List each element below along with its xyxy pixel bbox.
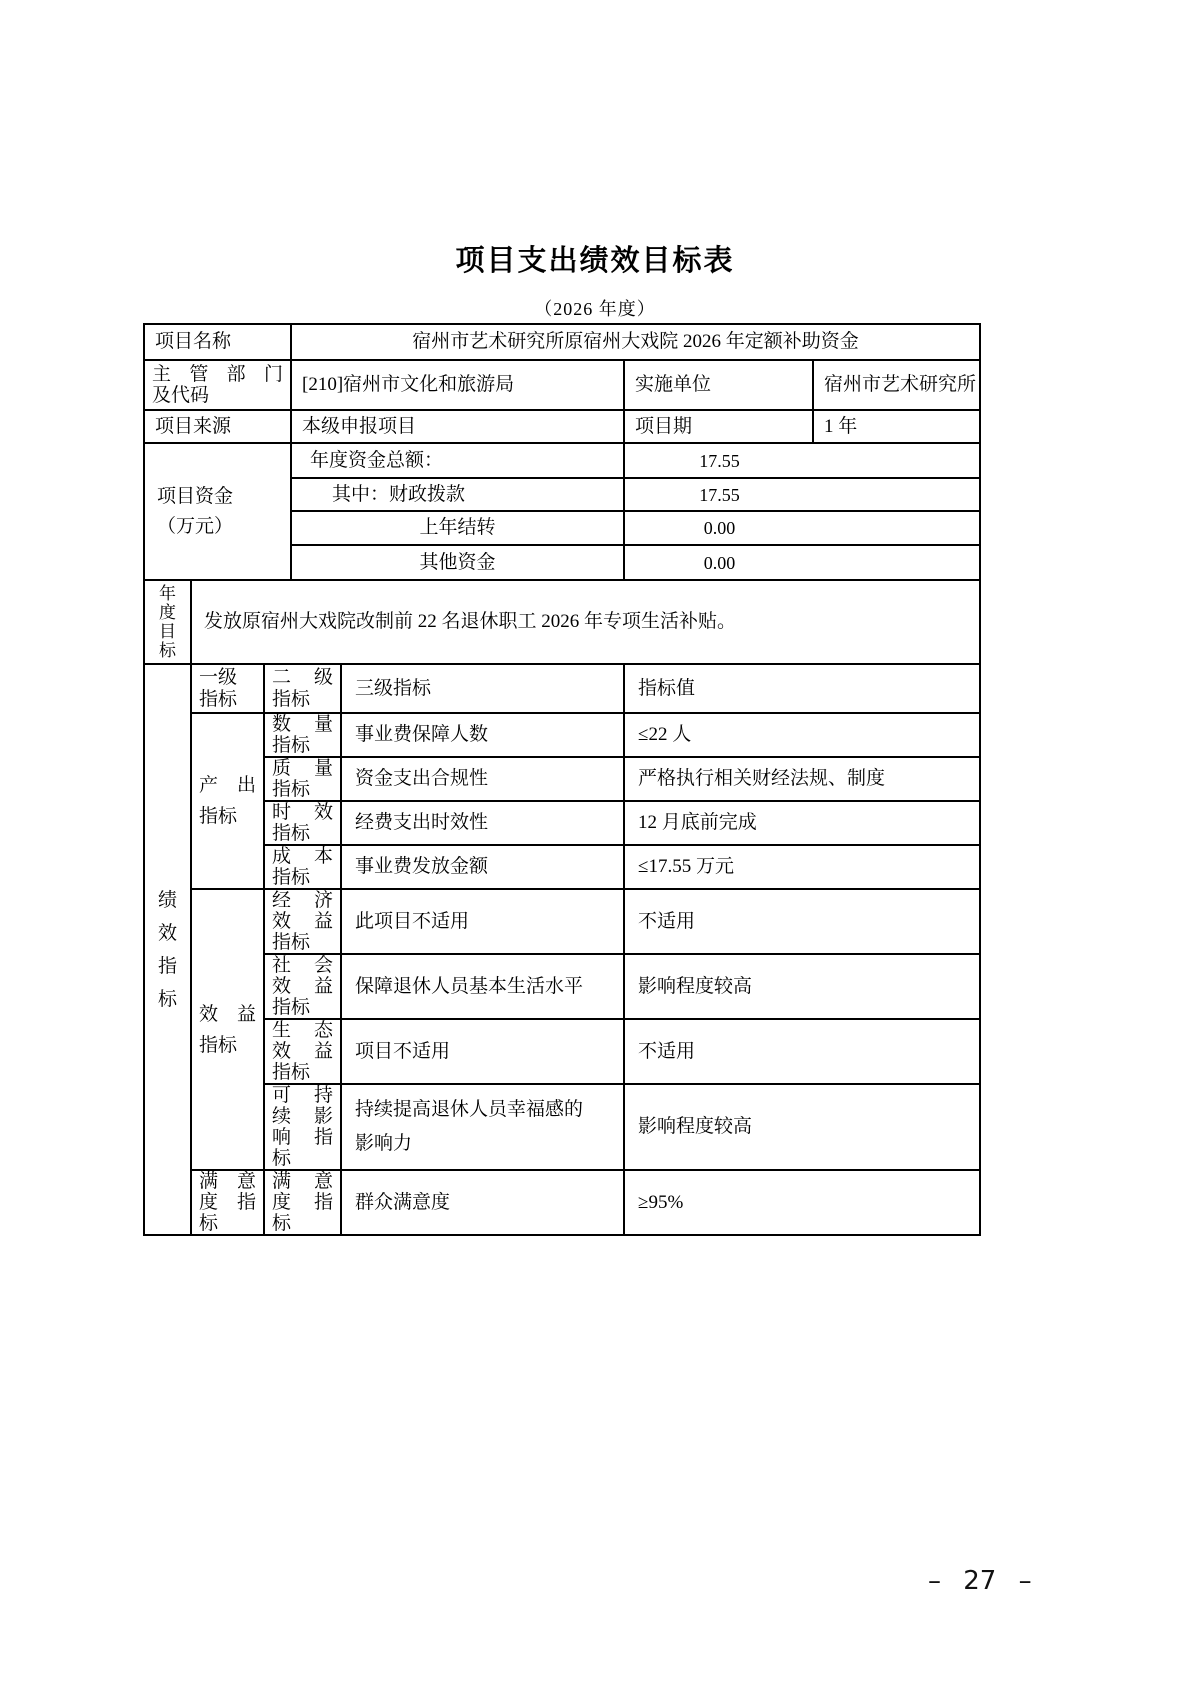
funds-fiscal-value: 17.55 xyxy=(624,478,980,511)
funds-carryover-label: 上年结转 xyxy=(291,511,624,545)
funds-fiscal-label: 其中：财政拨款 xyxy=(291,478,624,511)
row-indicator-quality: 质量指标 资金支出合规性 严格执行相关财经法规、制度 xyxy=(144,757,980,801)
l2-quality: 质量指标 xyxy=(264,757,341,801)
source-label: 项目来源 xyxy=(144,410,291,443)
value-timeliness: 12 月底前完成 xyxy=(624,801,980,845)
l2-ecological: 生态效益指标 xyxy=(264,1019,341,1084)
page-subtitle: （2026 年度） xyxy=(0,295,1190,321)
row-indicator-ecological: 生态效益指标 项目不适用 不适用 xyxy=(144,1019,980,1084)
l3-cost: 事业费发放金额 xyxy=(341,845,624,889)
row-project-name: 项目名称 宿州市艺术研究所原宿州大戏院 2026 年定额补助资金 xyxy=(144,324,980,360)
row-indicator-satisfaction: 满意度指标 满意度指标 群众满意度 ≥95% xyxy=(144,1170,980,1235)
row-annual-goal: 年度目标 发放原宿州大戏院改制前 22 名退休职工 2026 年专项生活补贴。 xyxy=(144,580,980,664)
funds-other-label: 其他资金 xyxy=(291,545,624,580)
group-output-label: 产出指标 xyxy=(191,713,264,889)
row-source: 项目来源 本级申报项目 项目期 1 年 xyxy=(144,410,980,443)
l3-timeliness: 经费支出时效性 xyxy=(341,801,624,845)
annual-goal-text: 发放原宿州大戏院改制前 22 名退休职工 2026 年专项生活补贴。 xyxy=(191,580,980,664)
row-funds-total: 项目资金（万元） 年度资金总额： 17.55 xyxy=(144,443,980,478)
period-value: 1 年 xyxy=(813,410,980,443)
row-indicator-sustainability: 可持续影响指标 持续提高退休人员幸福感的影响力 影响程度较高 xyxy=(144,1084,980,1170)
impl-unit-label: 实施单位 xyxy=(624,360,813,410)
project-name-value: 宿州市艺术研究所原宿州大戏院 2026 年定额补助资金 xyxy=(291,324,980,360)
dept-value: [210]宿州市文化和旅游局 xyxy=(291,360,624,410)
performance-target-table: 项目名称 宿州市艺术研究所原宿州大戏院 2026 年定额补助资金 主管部门及代码… xyxy=(143,323,981,1236)
dept-label: 主管部门及代码 xyxy=(144,360,291,410)
value-ecological: 不适用 xyxy=(624,1019,980,1084)
value-quantity: ≤22 人 xyxy=(624,713,980,757)
performance-indicators-label: 绩效指标 xyxy=(144,664,191,1235)
funds-other-value: 0.00 xyxy=(624,545,980,580)
l2-economic: 经济效益指标 xyxy=(264,889,341,954)
l3-sustainability: 持续提高退休人员幸福感的影响力 xyxy=(341,1084,624,1170)
l2-cost: 成本指标 xyxy=(264,845,341,889)
header-level1: 一级指标 xyxy=(191,664,264,713)
header-level2: 二级指标 xyxy=(264,664,341,713)
row-indicator-quantity: 产出指标 数量指标 事业费保障人数 ≤22 人 xyxy=(144,713,980,757)
l3-economic: 此项目不适用 xyxy=(341,889,624,954)
row-indicator-cost: 成本指标 事业费发放金额 ≤17.55 万元 xyxy=(144,845,980,889)
funds-total-value: 17.55 xyxy=(624,443,980,478)
period-label: 项目期 xyxy=(624,410,813,443)
row-department: 主管部门及代码 [210]宿州市文化和旅游局 实施单位 宿州市艺术研究所 xyxy=(144,360,980,410)
l3-ecological: 项目不适用 xyxy=(341,1019,624,1084)
l3-quality: 资金支出合规性 xyxy=(341,757,624,801)
row-indicator-timeliness: 时效指标 经费支出时效性 12 月底前完成 xyxy=(144,801,980,845)
l2-satisfaction: 满意度指标 xyxy=(264,1170,341,1235)
funds-label: 项目资金（万元） xyxy=(144,443,291,580)
page-number: – 27 – xyxy=(928,1566,1032,1596)
group-satisfaction-label: 满意度指标 xyxy=(191,1170,264,1235)
funds-carryover-value: 0.00 xyxy=(624,511,980,545)
source-value: 本级申报项目 xyxy=(291,410,624,443)
page-title: 项目支出绩效目标表 xyxy=(0,238,1190,279)
group-benefit-label: 效益指标 xyxy=(191,889,264,1170)
value-social: 影响程度较高 xyxy=(624,954,980,1019)
impl-unit-value: 宿州市艺术研究所 xyxy=(813,360,980,410)
row-indicator-social: 社会效益指标 保障退休人员基本生活水平 影响程度较高 xyxy=(144,954,980,1019)
header-value: 指标值 xyxy=(624,664,980,713)
value-satisfaction: ≥95% xyxy=(624,1170,980,1235)
value-economic: 不适用 xyxy=(624,889,980,954)
value-quality: 严格执行相关财经法规、制度 xyxy=(624,757,980,801)
value-cost: ≤17.55 万元 xyxy=(624,845,980,889)
l3-quantity: 事业费保障人数 xyxy=(341,713,624,757)
row-indicator-economic: 效益指标 经济效益指标 此项目不适用 不适用 xyxy=(144,889,980,954)
annual-goal-label: 年度目标 xyxy=(144,580,191,664)
l2-sustainability: 可持续影响指标 xyxy=(264,1084,341,1170)
value-sustainability: 影响程度较高 xyxy=(624,1084,980,1170)
project-name-label: 项目名称 xyxy=(144,324,291,360)
funds-total-label: 年度资金总额： xyxy=(291,443,624,478)
l2-social: 社会效益指标 xyxy=(264,954,341,1019)
l3-satisfaction: 群众满意度 xyxy=(341,1170,624,1235)
header-level3: 三级指标 xyxy=(341,664,624,713)
l2-timeliness: 时效指标 xyxy=(264,801,341,845)
row-indicator-header: 绩效指标 一级指标 二级指标 三级指标 指标值 xyxy=(144,664,980,713)
l3-social: 保障退休人员基本生活水平 xyxy=(341,954,624,1019)
l2-quantity: 数量指标 xyxy=(264,713,341,757)
document-page: { "page": { "title": "项目支出绩效目标表", "subti… xyxy=(0,0,1190,1683)
